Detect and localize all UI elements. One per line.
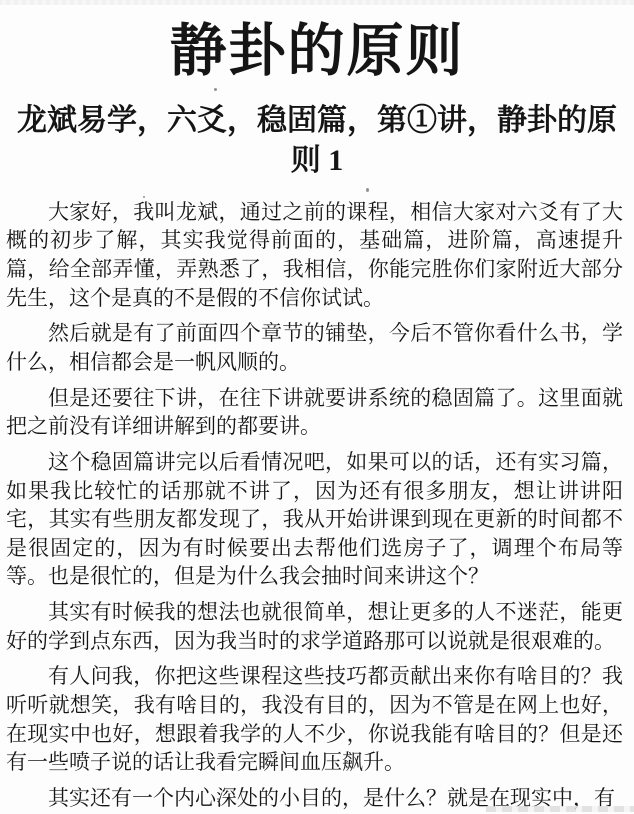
scan-speck (217, 798, 219, 800)
body-paragraph: 这个稳固篇讲完以后看情况吧，如果可以的话，还有实习篇，如果我比较忙的话那就不讲了… (6, 448, 623, 591)
page-subtitle: 龙斌易学，六爻，稳固篇，第①讲，静卦的原则 1 (14, 101, 620, 181)
body-paragraph: 其实有时候我的想法也就很简单，想让更多的人不迷茫，能更好的学到点东西，因为我当时… (6, 598, 623, 655)
body-paragraph: 但是还要往下讲，在往下讲就要讲系统的稳固篇了。这里面就把之前没有详细讲解到的都要… (6, 384, 623, 441)
scan-speck (214, 88, 217, 91)
top-scan-artifact (0, 0, 634, 5)
page-title: 静卦的原则 (8, 20, 626, 84)
body-paragraph: 大家好，我叫龙斌，通过之前的课程，相信大家对六爻有了大概的初步了解，其实我觉得前… (6, 198, 623, 313)
body-paragraph: 有人问我，你把这些课程这些技巧都贡献出来你有啥目的？我听听就想笑，我有啥目的，我… (6, 662, 623, 777)
scan-speck (561, 790, 564, 792)
scan-speck (143, 196, 145, 198)
scanned-document-page: 静卦的原则 龙斌易学，六爻，稳固篇，第①讲，静卦的原则 1 大家好，我叫龙斌，通… (0, 0, 634, 814)
scan-speck (366, 188, 369, 192)
document-body: 大家好，我叫龙斌，通过之前的课程，相信大家对六爻有了大概的初步了解，其实我觉得前… (0, 198, 634, 813)
bottom-scan-artifact (486, 806, 634, 812)
body-paragraph: 然后就是有了前面四个章节的铺垫，今后不管你看什么书，学什么，相信都会是一帆风顺的… (6, 319, 623, 376)
